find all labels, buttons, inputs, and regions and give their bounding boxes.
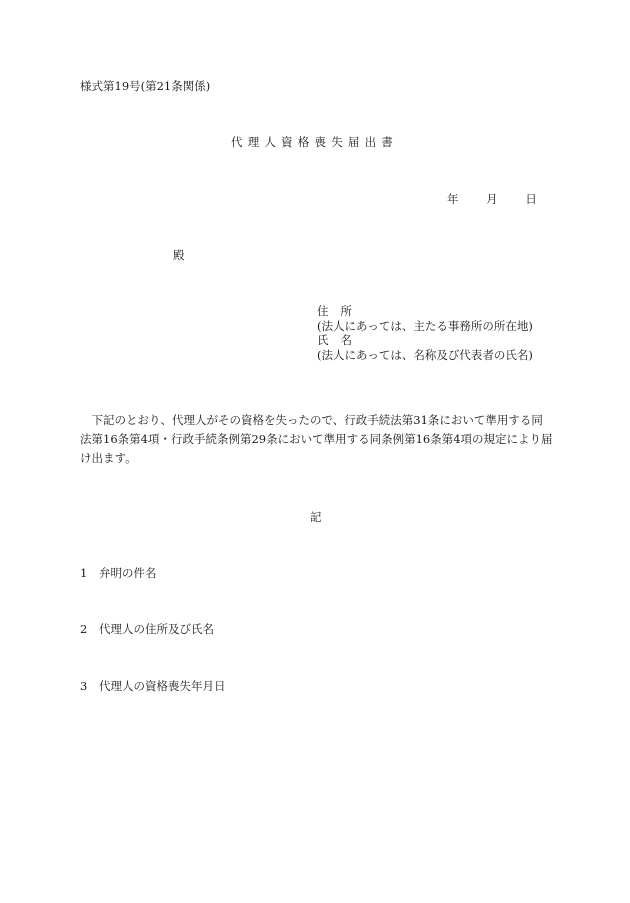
document-title: 代理人資格喪失届出書 [231,137,398,149]
item-label: 代理人の住所及び氏名 [99,622,214,636]
address-label-char-1: 住 [317,304,329,318]
list-item: 2代理人の住所及び氏名 [80,624,214,636]
form-number: 様式第19号(第21条関係) [80,81,210,93]
name-label-char-1: 氏 [317,333,329,347]
ki-heading: 記 [310,512,322,524]
date-line: 年 月 日 [447,194,537,206]
day-label: 日 [525,194,537,206]
item-number: 1 [80,568,99,580]
body-line-2: 法第16条第4項・行政手続条例第29条において準用する同条例第16条第4項の規定… [80,430,552,449]
body-line-3: け出ます。 [80,449,552,468]
name-label-char-2: 名 [341,333,353,347]
address-label-char-2: 所 [341,304,353,318]
name-note: (法人にあっては、名称及び代表者の氏名) [317,347,533,365]
year-label: 年 [447,194,459,206]
item-number: 2 [80,624,99,636]
body-paragraph: 下記のとおり、代理人がその資格を失ったので、行政手続法第31条において準用する同… [80,411,552,468]
item-label: 代理人の資格喪失年月日 [99,679,226,693]
addressee-suffix: 殿 [173,250,185,262]
list-item: 3代理人の資格喪失年月日 [80,681,226,693]
month-label: 月 [486,194,498,206]
item-number: 3 [80,681,99,693]
item-label: 弁明の件名 [99,566,157,580]
list-item: 1弁明の件名 [80,568,157,580]
applicant-block: 住所 (法人にあっては、主たる事務所の所在地) 氏名 (法人にあっては、名称及び… [317,306,533,364]
body-line-1: 下記のとおり、代理人がその資格を失ったので、行政手続法第31条において準用する同 [80,411,552,430]
